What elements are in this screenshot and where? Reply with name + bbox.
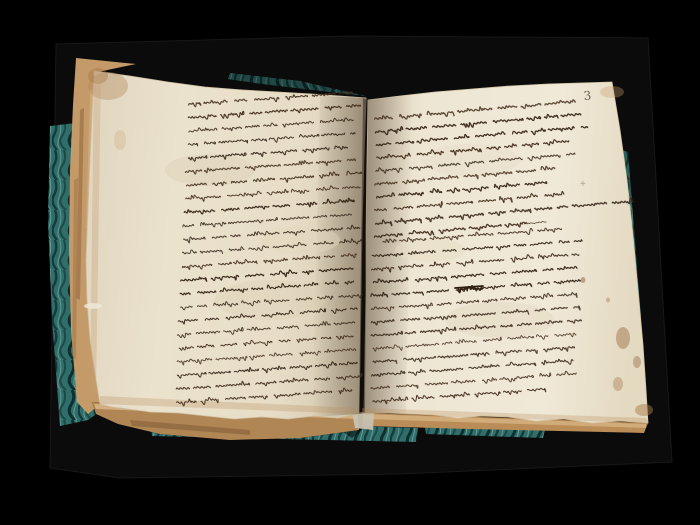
page-number: 3 — [583, 88, 592, 103]
manuscript-scene: 3 + — [0, 0, 700, 525]
photo-of-manuscript: 3 + — [0, 0, 700, 525]
insertion-mark-icon: + — [580, 179, 586, 190]
gutter-shadow-left — [312, 96, 366, 417]
